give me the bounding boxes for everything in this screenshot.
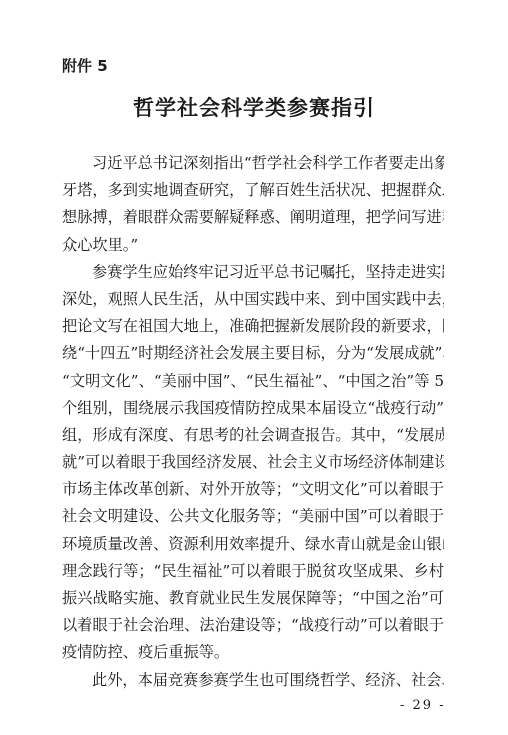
text-line: 理念践行等；“民生福祉”可以着眼于脱贫攻坚成果、乡村 bbox=[62, 558, 444, 585]
text-line: 牙塔，多到实地调查研究，了解百姓生活状况、把握群众思 bbox=[62, 177, 444, 204]
text-line: 疫情防控、疫后重振等。 bbox=[62, 639, 444, 666]
text-line: 就”可以着眼于我国经济发展、社会主义市场经济体制建设、 bbox=[62, 449, 444, 476]
text-line: 习近平总书记深刻指出“哲学社会科学工作者要走出象 bbox=[62, 150, 444, 177]
text-line: 把论文写在祖国大地上，准确把握新发展阶段的新要求，围 bbox=[62, 313, 444, 340]
text-line: 以着眼于社会治理、法治建设等；“战疫行动”可以着眼于 bbox=[62, 612, 444, 639]
text-line: 市场主体改革创新、对外开放等；“文明文化”可以着眼于 bbox=[62, 476, 444, 503]
text-line: 组，形成有深度、有思考的社会调查报告。其中，“发展成 bbox=[62, 422, 444, 449]
attachment-label: 附件 5 bbox=[62, 55, 108, 76]
text-line: 个组别，围绕展示我国疫情防控成果本届设立“战疫行动” bbox=[62, 395, 444, 422]
document-body: 习近平总书记深刻指出“哲学社会科学工作者要走出象牙塔，多到实地调查研究，了解百姓… bbox=[62, 150, 444, 694]
text-line: 环境质量改善、资源利用效率提升、绿水青山就是金山银山 bbox=[62, 531, 444, 558]
text-line: 绕“十四五”时期经济社会发展主要目标，分为“发展成就”、 bbox=[62, 340, 444, 367]
text-line: 参赛学生应始终牢记习近平总书记嘱托，坚持走进实践 bbox=[62, 259, 444, 286]
page-number: - 29 - bbox=[400, 698, 446, 713]
text-line: 此外，本届竞赛参赛学生也可围绕哲学、经济、社会、 bbox=[62, 667, 444, 694]
text-line: “文明文化”、“美丽中国”、“民生福祉”、“中国之治”等 5 bbox=[62, 368, 444, 395]
document-title: 哲学社会科学类参赛指引 bbox=[0, 92, 508, 122]
text-line: 振兴战略实施、教育就业民生发展保障等；“中国之治”可 bbox=[62, 585, 444, 612]
text-line: 众心坎里。” bbox=[62, 232, 444, 259]
text-line: 深处，观照人民生活，从中国实践中来、到中国实践中去， bbox=[62, 286, 444, 313]
text-line: 想脉搏，着眼群众需要解疑释惑、阐明道理，把学问写进群 bbox=[62, 204, 444, 231]
text-line: 社会文明建设、公共文化服务等；“美丽中国”可以着眼于 bbox=[62, 503, 444, 530]
